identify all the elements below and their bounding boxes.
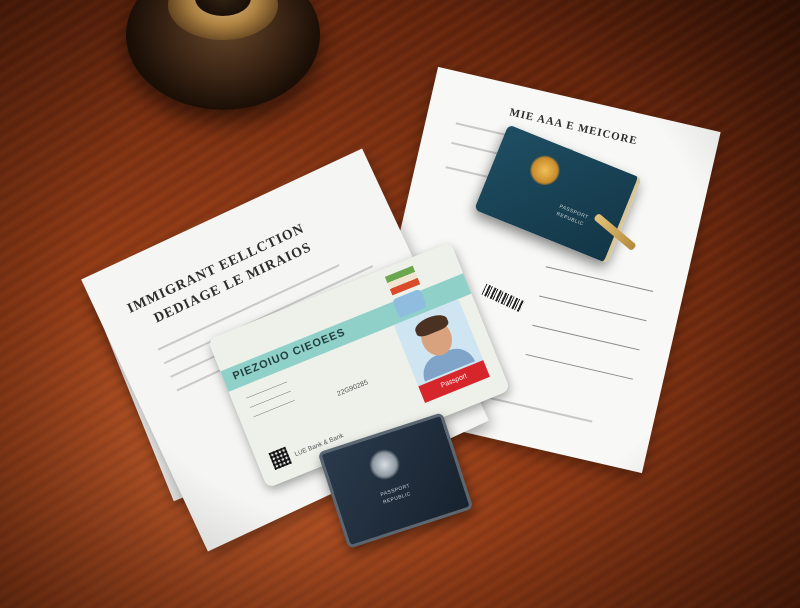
form-line xyxy=(532,325,639,351)
coat-of-arms-icon xyxy=(525,151,564,190)
desk-scene: MIE AAA E MEICORE IMMIGRANT EELLCTION DE… xyxy=(0,0,800,608)
id-field-value: 22G90285 xyxy=(336,379,369,398)
id-card-header: PIEZOIUO CIEOEES xyxy=(231,326,347,382)
form-line xyxy=(539,295,646,321)
coat-of-arms-icon xyxy=(366,446,404,484)
qr-code xyxy=(269,447,292,470)
form-line xyxy=(526,354,633,380)
form-line xyxy=(546,266,653,292)
text-line xyxy=(475,394,592,423)
